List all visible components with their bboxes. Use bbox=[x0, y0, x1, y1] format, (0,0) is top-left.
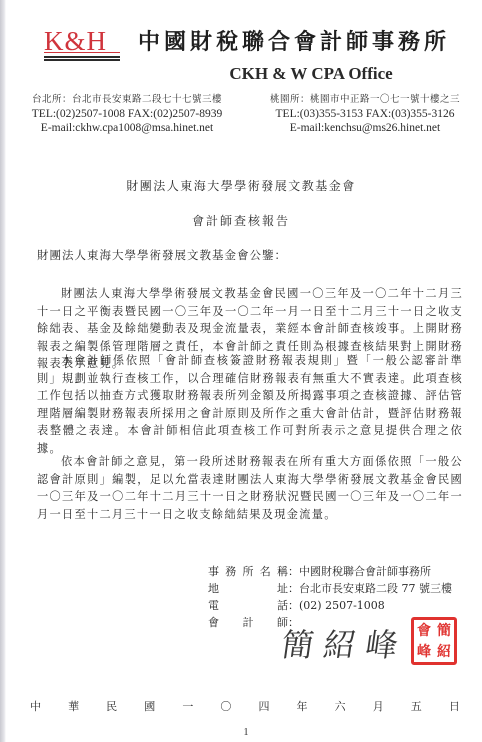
report-date: 中 華 民 國 一 〇 四 年 六 月 五 日 bbox=[30, 698, 460, 714]
address-row: 地址 ：台北市長安東路二段 77 號三樓 bbox=[208, 580, 452, 597]
firm-name-row: 事務所名稱 ：中國財稅聯合會計師事務所 bbox=[208, 563, 452, 580]
report-title: 會計師查核報告 bbox=[0, 212, 482, 229]
office-taipei: 台北所：台北市長安東路二段七十七號三樓 TEL:(02)2507-1008 FA… bbox=[12, 93, 242, 135]
paragraph-opinion: 依本會計師之意見，第一段所述財務報表在所有重大方面係依照「一般公認會計原則」編製… bbox=[37, 453, 463, 523]
paragraph-basis: 本會計師係依照「會計師查核簽證財務報表規則」暨「一般公認審計準則」規劃並執行查核… bbox=[37, 352, 463, 457]
field-label: 會計師 bbox=[208, 614, 288, 631]
seal-stamp-icon: 會 簡 峰 紹 bbox=[411, 617, 457, 665]
page-number: 1 bbox=[0, 727, 482, 738]
field-value: ：台北市長安東路二段 77 號三樓 bbox=[288, 580, 452, 597]
logo-double-rule bbox=[44, 56, 120, 61]
office-taoyuan: 桃園所：桃園市中正路一〇七一號十樓之三 TEL:(03)355-3153 FAX… bbox=[250, 93, 480, 135]
field-label: 電話 bbox=[208, 597, 288, 614]
field-label: 事務所名稱 bbox=[208, 563, 288, 580]
handwritten-signature: 簡紹峰 bbox=[279, 620, 411, 666]
salutation: 財團法人東海大學學術發展文教基金會公鑒： bbox=[37, 247, 287, 263]
logo-divider bbox=[44, 52, 120, 53]
office-address: 桃園所：桃園市中正路一〇七一號十樓之三 bbox=[250, 93, 480, 107]
field-value: ：中國財稅聯合會計師事務所 bbox=[288, 563, 431, 580]
scan-edge bbox=[0, 0, 6, 742]
firm-logo: K&H bbox=[44, 28, 107, 54]
office-email: E-mail:ckhw.cpa1008@msa.hinet.net bbox=[12, 121, 242, 135]
firm-name-chinese: 中國財稅聯合會計師事務所 bbox=[138, 28, 450, 56]
organization-title: 財團法人東海大學學術發展文教基金會 bbox=[0, 177, 482, 194]
firm-name-english: CKH & W CPA Office bbox=[0, 64, 482, 84]
office-address: 台北所：台北市長安東路二段七十七號三樓 bbox=[12, 93, 242, 107]
office-tel-fax: TEL:(03)355-3153 FAX:(03)355-3126 bbox=[250, 107, 480, 121]
office-tel-fax: TEL:(02)2507-1008 FAX:(02)2507-8939 bbox=[12, 107, 242, 121]
field-label: 地址 bbox=[208, 580, 288, 597]
field-value: ：(02) 2507-1008 bbox=[288, 597, 385, 614]
office-email: E-mail:kenchsu@ms26.hinet.net bbox=[250, 121, 480, 135]
phone-row: 電話 ：(02) 2507-1008 bbox=[208, 597, 452, 614]
